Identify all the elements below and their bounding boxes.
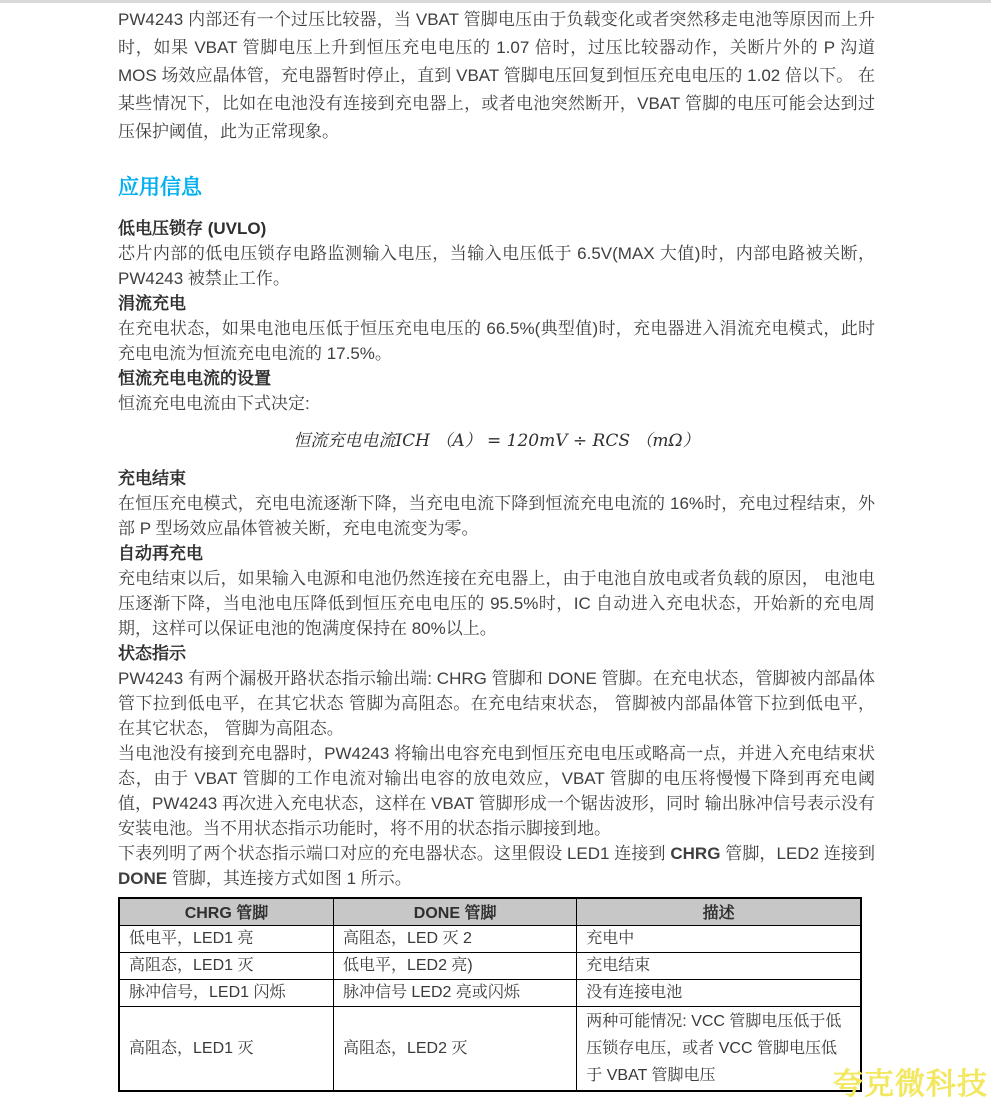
table-cell: 高阻态，LED1 灭 [119,1006,333,1091]
body-auto-recharge: 充电结束以后，如果输入电源和电池仍然连接在充电器上，由于电池自放电或者负载的原因… [118,566,875,641]
table-intro-text-3: 管脚，其连接方式如图 1 所示。 [167,869,412,888]
heading-auto-recharge: 自动再充电 [118,541,875,566]
table-cell: 低电平，LED1 亮 [119,925,333,952]
table-intro-text-1: 下表列明了两个状态指示端口对应的充电器状态。这里假设 LED1 连接到 [118,844,670,863]
table-row-charge-done: 高阻态，LED1 灭 低电平，LED2 亮) 充电结束 [119,952,861,979]
table-cell: 脉冲信号，LED1 闪烁 [119,979,333,1006]
table-cell: 充电中 [577,925,861,952]
body-status-indication-1: PW4243 有两个漏极开路状态指示输出端: CHRG 管脚和 DONE 管脚。… [118,666,875,741]
table-cell: 充电结束 [577,952,861,979]
table-cell: 高阻态，LED1 灭 [119,952,333,979]
table-intro-text-2: 管脚，LED2 连接到 [720,844,875,863]
section-title-application-info: 应用信息 [118,173,875,203]
table-cell: 两种可能情况: VCC 管脚电压低于低压锁存电压，或者 VCC 管脚电压低于 V… [577,1006,861,1091]
table-intro-done-label: DONE [118,869,167,888]
page-top-edge [0,0,991,3]
body-uvlo: 芯片内部的低电压锁存电路监测输入电压，当输入电压低于 6.5V(MAX 大值)时… [118,241,875,291]
body-cc-current-setting: 恒流充电电流由下式决定: [118,391,875,416]
table-cell: 脉冲信号 LED2 亮或闪烁 [333,979,576,1006]
table-cell: 高阻态，LED 灭 2 [333,925,576,952]
table-header-description: 描述 [577,898,861,925]
heading-uvlo: 低电压锁存 (UVLO) [118,216,875,241]
heading-charge-end: 充电结束 [118,466,875,491]
body-charge-end: 在恒压充电模式，充电电流逐渐下降，当充电电流下降到恒流充电电流的 16%时，充电… [118,491,875,541]
status-indicator-table: CHRG 管脚 DONE 管脚 描述 低电平，LED1 亮 高阻态，LED 灭 … [118,897,862,1092]
watermark-text: 夸克微科技 [833,1059,988,1103]
heading-cc-current-setting: 恒流充电电流的设置 [118,366,875,391]
table-cell: 低电平，LED2 亮) [333,952,576,979]
table-row-charging: 低电平，LED1 亮 高阻态，LED 灭 2 充电中 [119,925,861,952]
table-header-chrg-pin: CHRG 管脚 [119,898,333,925]
body-status-indication-2: 当电池没有接到充电器时，PW4243 将输出电容充电到恒压充电电压或略高一点，并… [118,741,875,841]
overvoltage-paragraph: PW4243 内部还有一个过压比较器，当 VBAT 管脚电压由于负载变化或者突然… [118,6,875,146]
table-header-row: CHRG 管脚 DONE 管脚 描述 [119,898,861,925]
table-header-done-pin: DONE 管脚 [333,898,576,925]
table-intro-paragraph: 下表列明了两个状态指示端口对应的充电器状态。这里假设 LED1 连接到 CHRG… [118,841,875,891]
heading-trickle-charge: 涓流充电 [118,291,875,316]
body-trickle-charge: 在充电状态，如果电池电压低于恒压充电电压的 66.5%(典型值)时，充电器进入涓… [118,316,875,366]
table-row-no-battery: 脉冲信号，LED1 闪烁 脉冲信号 LED2 亮或闪烁 没有连接电池 [119,979,861,1006]
table-cell: 没有连接电池 [577,979,861,1006]
charge-current-formula: 恒流充电电流ICH （A） = 120mV ÷ RCS （mΩ） [118,428,875,454]
table-row-undervoltage: 高阻态，LED1 灭 高阻态，LED2 灭 两种可能情况: VCC 管脚电压低于… [119,1006,861,1091]
heading-status-indication: 状态指示 [118,641,875,666]
table-cell: 高阻态，LED2 灭 [333,1006,576,1091]
document-content: PW4243 内部还有一个过压比较器，当 VBAT 管脚电压由于负载变化或者突然… [118,6,875,1092]
table-intro-chrg-label: CHRG [670,844,720,863]
